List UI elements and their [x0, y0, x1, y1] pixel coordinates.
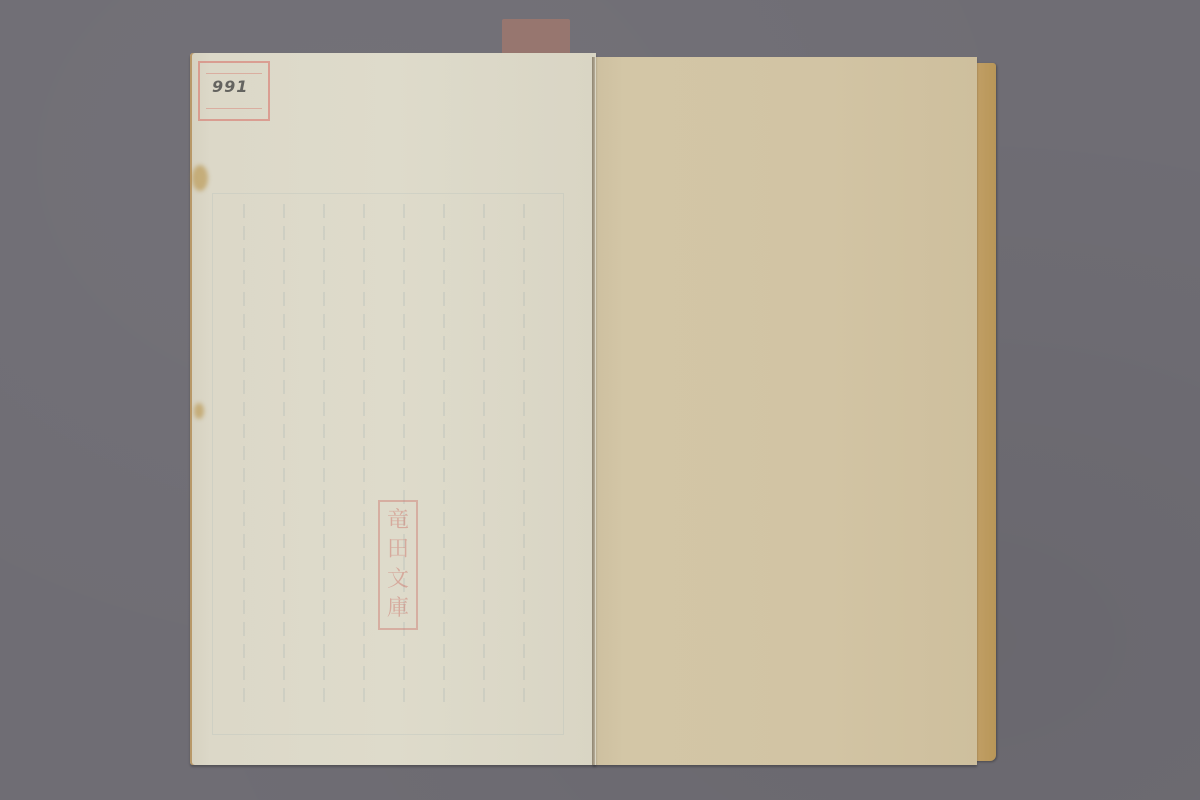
left-page: 991 竜 田 文 庫 [190, 53, 596, 765]
catalog-seal: 991 [198, 61, 270, 121]
seal-char: 文 [387, 568, 409, 592]
foxing-stain [194, 403, 204, 419]
open-book: 991 竜 田 文 庫 [190, 53, 1000, 765]
seal-char: 竜 [387, 509, 409, 533]
foxing-stain [192, 165, 208, 191]
book-gutter [592, 57, 595, 765]
show-through-text-frame [212, 193, 564, 735]
seal-char: 田 [387, 538, 409, 562]
catalog-number: 991 [212, 77, 248, 96]
seal-char: 庫 [387, 597, 409, 621]
library-seal: 竜 田 文 庫 [378, 500, 418, 630]
right-page-blank [593, 57, 977, 765]
